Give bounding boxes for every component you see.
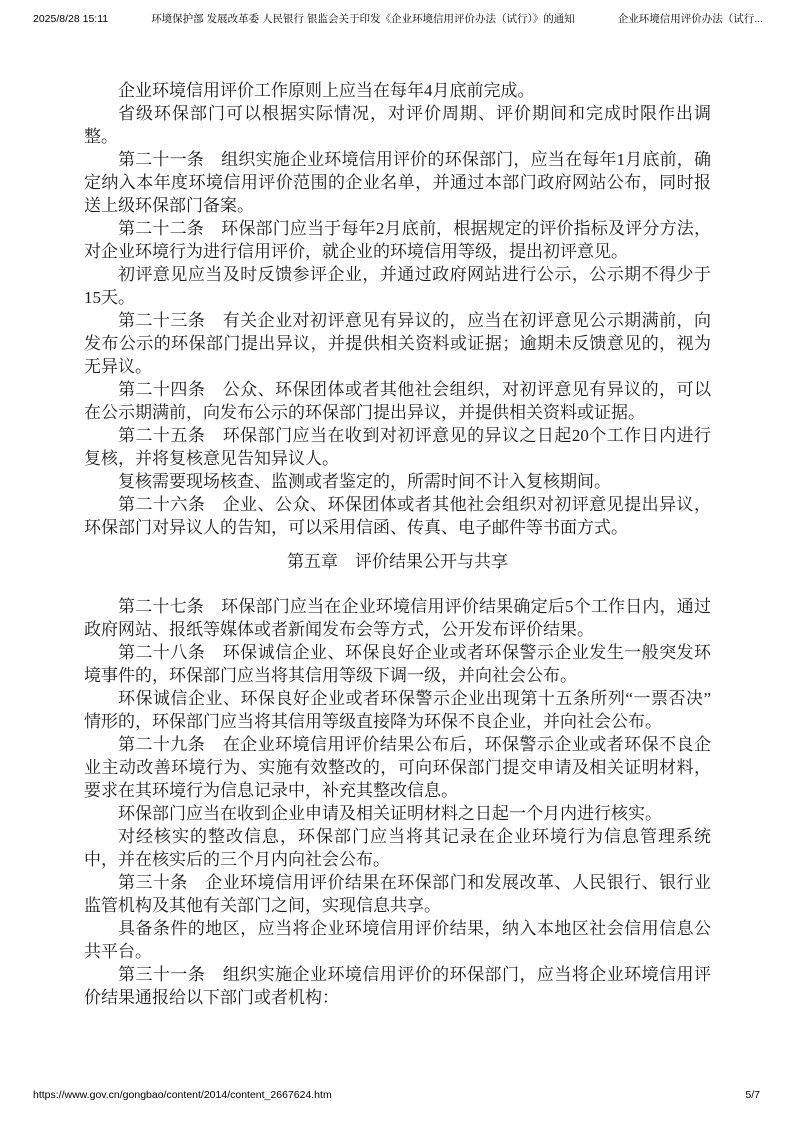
page-indicator: 5/7 bbox=[745, 1089, 760, 1102]
print-preview-page: { "colors": { "page_background": "#fffff… bbox=[0, 0, 793, 1122]
print-document-title-truncated: 企业环境信用评价办法（试行... bbox=[618, 13, 763, 26]
print-datetime: 2025/8/28 15:11 bbox=[33, 13, 108, 26]
print-header: 2025/8/28 15:11 环境保护部 发展改革委 人民银行 银监会关于印发… bbox=[33, 13, 763, 26]
document-paragraph: 环保诚信企业、环保良好企业或者环保警示企业出现第十五条所列“一票否决”情形的，环… bbox=[84, 687, 711, 733]
document-paragraph: 省级环保部门可以根据实际情况，对评价周期、评价期间和完成时限作出调整。 bbox=[84, 102, 711, 148]
document-body: 企业环境信用评价工作原则上应当在每年4月底前完成。省级环保部门可以根据实际情况，… bbox=[84, 79, 711, 1009]
chapter-heading: 第五章 评价结果公开与共享 bbox=[84, 550, 711, 573]
source-url: https://www.gov.cn/gongbao/content/2014/… bbox=[33, 1089, 332, 1102]
document-paragraph: 第三十条 企业环境信用评价结果在环保部门和发展改革、人民银行、银行业监管机构及其… bbox=[84, 871, 711, 917]
document-paragraph: 初评意见应当及时反馈参评企业，并通过政府网站进行公示，公示期不得少于15天。 bbox=[84, 263, 711, 309]
document-paragraph: 复核需要现场核查、监测或者鉴定的，所需时间不计入复核期间。 bbox=[84, 470, 711, 493]
print-document-title: 环境保护部 发展改革委 人民银行 银监会关于印发《企业环境信用评价办法（试行）》… bbox=[108, 13, 618, 26]
document-paragraph: 具备条件的地区，应当将企业环境信用评价结果，纳入本地区社会信用信息公共平台。 bbox=[84, 917, 711, 963]
document-paragraph: 环保部门应当在收到企业申请及相关证明材料之日起一个月内进行核实。 bbox=[84, 802, 711, 825]
document-paragraph: 第二十四条 公众、环保团体或者其他社会组织，对初评意见有异议的，可以在公示期满前… bbox=[84, 378, 711, 424]
document-paragraph: 第二十九条 在企业环境信用评价结果公布后，环保警示企业或者环保不良企业主动改善环… bbox=[84, 733, 711, 802]
print-footer: https://www.gov.cn/gongbao/content/2014/… bbox=[33, 1089, 760, 1102]
document-paragraph: 第二十八条 环保诚信企业、环保良好企业或者环保警示企业发生一般突发环境事件的，环… bbox=[84, 641, 711, 687]
document-paragraph: 第二十三条 有关企业对初评意见有异议的，应当在初评意见公示期满前，向发布公示的环… bbox=[84, 309, 711, 378]
document-paragraph: 第二十六条 企业、公众、环保团体或者其他社会组织对初评意见提出异议，环保部门对异… bbox=[84, 493, 711, 539]
document-paragraph: 对经核实的整改信息，环保部门应当将其记录在企业环境行为信息管理系统中，并在核实后… bbox=[84, 825, 711, 871]
document-paragraph: 第二十二条 环保部门应当于每年2月底前，根据规定的评价指标及评分方法，对企业环境… bbox=[84, 217, 711, 263]
document-paragraph: 第二十五条 环保部门应当在收到对初评意见的异议之日起20个工作日内进行复核，并将… bbox=[84, 424, 711, 470]
document-paragraph: 第二十七条 环保部门应当在企业环境信用评价结果确定后5个工作日内，通过政府网站、… bbox=[84, 595, 711, 641]
document-paragraph: 第二十一条 组织实施企业环境信用评价的环保部门，应当在每年1月底前，确定纳入本年… bbox=[84, 148, 711, 217]
document-paragraph: 第三十一条 组织实施企业环境信用评价的环保部门，应当将企业环境信用评价结果通报给… bbox=[84, 963, 711, 1009]
document-paragraph: 企业环境信用评价工作原则上应当在每年4月底前完成。 bbox=[84, 79, 711, 102]
